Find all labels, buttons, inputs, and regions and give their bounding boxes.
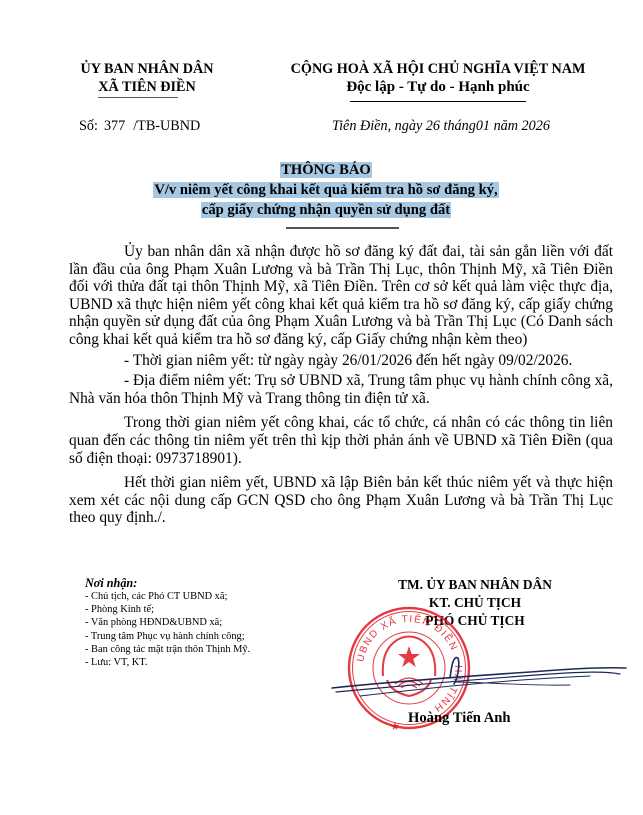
number-suffix: /TB-UBND — [133, 118, 200, 134]
recipients-list: Nơi nhận: - Chủ tịch, các Phó CT UBND xã… — [85, 576, 250, 669]
notice-subject-line-1: V/v niêm yết công khai kết quả kiểm tra … — [153, 182, 498, 198]
title-underline — [286, 227, 399, 229]
country-name: CỘNG HOÀ XÃ HỘI CHỦ NGHĨA VIỆT NAM — [262, 60, 614, 78]
recipients-label: Nơi nhận: — [85, 576, 250, 590]
national-motto: Độc lập - Tự do - Hạnh phúc — [262, 78, 614, 96]
handwritten-signature — [330, 652, 630, 697]
recipient-item: - Trung tâm Phục vụ hành chính công; — [85, 630, 250, 643]
notice-title: THÔNG BÁO V/v niêm yết công khai kết quả… — [100, 160, 552, 220]
number-prefix: Số: — [79, 118, 98, 134]
agency-name: ỦY BAN NHÂN DÂN — [62, 60, 232, 78]
motto-underline — [350, 101, 526, 102]
document-page: ỦY BAN NHÂN DÂN XÃ TIÊN ĐIỀN CỘNG HOÀ XÃ… — [0, 0, 643, 815]
notice-heading: THÔNG BÁO — [280, 162, 372, 178]
body-paragraph-conclusion: Hết thời gian niêm yết, UBND xã lập Biên… — [69, 474, 613, 527]
body-paragraph-posting-location: - Địa điểm niêm yết: Trụ sở UBND xã, Tru… — [69, 372, 613, 407]
commune-name: XÃ TIÊN ĐIỀN — [62, 78, 232, 96]
body-paragraph-intro: Ủy ban nhân dân xã nhận được hồ sơ đăng … — [69, 243, 613, 349]
number-value: 377 — [104, 117, 125, 135]
signer-name: Hoàng Tiến Anh — [408, 709, 510, 727]
place-and-date: Tiên Điền, ngày 26 tháng01 năm 2026 — [332, 117, 550, 135]
recipient-item: - Chủ tịch, các Phó CT UBND xã; — [85, 590, 250, 603]
recipient-item: - Phòng Kinh tế; — [85, 603, 250, 616]
issuing-agency: ỦY BAN NHÂN DÂN XÃ TIÊN ĐIỀN — [62, 60, 232, 96]
body-paragraph-posting-time: - Thời gian niêm yết: từ ngày ngày 26/01… — [69, 352, 613, 370]
notice-body: Ủy ban nhân dân xã nhận được hồ sơ đăng … — [69, 243, 613, 527]
document-number: Số:377/TB-UBND — [79, 117, 200, 135]
recipient-item: - Văn phòng HĐND&UBND xã; — [85, 616, 250, 629]
recipient-item: - Ban công tác mặt trận thôn Thịnh Mỹ. — [85, 643, 250, 656]
recipient-item: - Lưu: VT, KT. — [85, 656, 250, 669]
agency-underline — [98, 97, 178, 98]
notice-subject-line-2: cấp giấy chứng nhận quyền sử dụng đất — [201, 202, 451, 218]
signature-line-1: TM. ỦY BAN NHÂN DÂN — [358, 576, 592, 594]
national-header: CỘNG HOÀ XÃ HỘI CHỦ NGHĨA VIỆT NAM Độc l… — [262, 60, 614, 96]
body-paragraph-feedback: Trong thời gian niêm yết công khai, các … — [69, 414, 613, 467]
